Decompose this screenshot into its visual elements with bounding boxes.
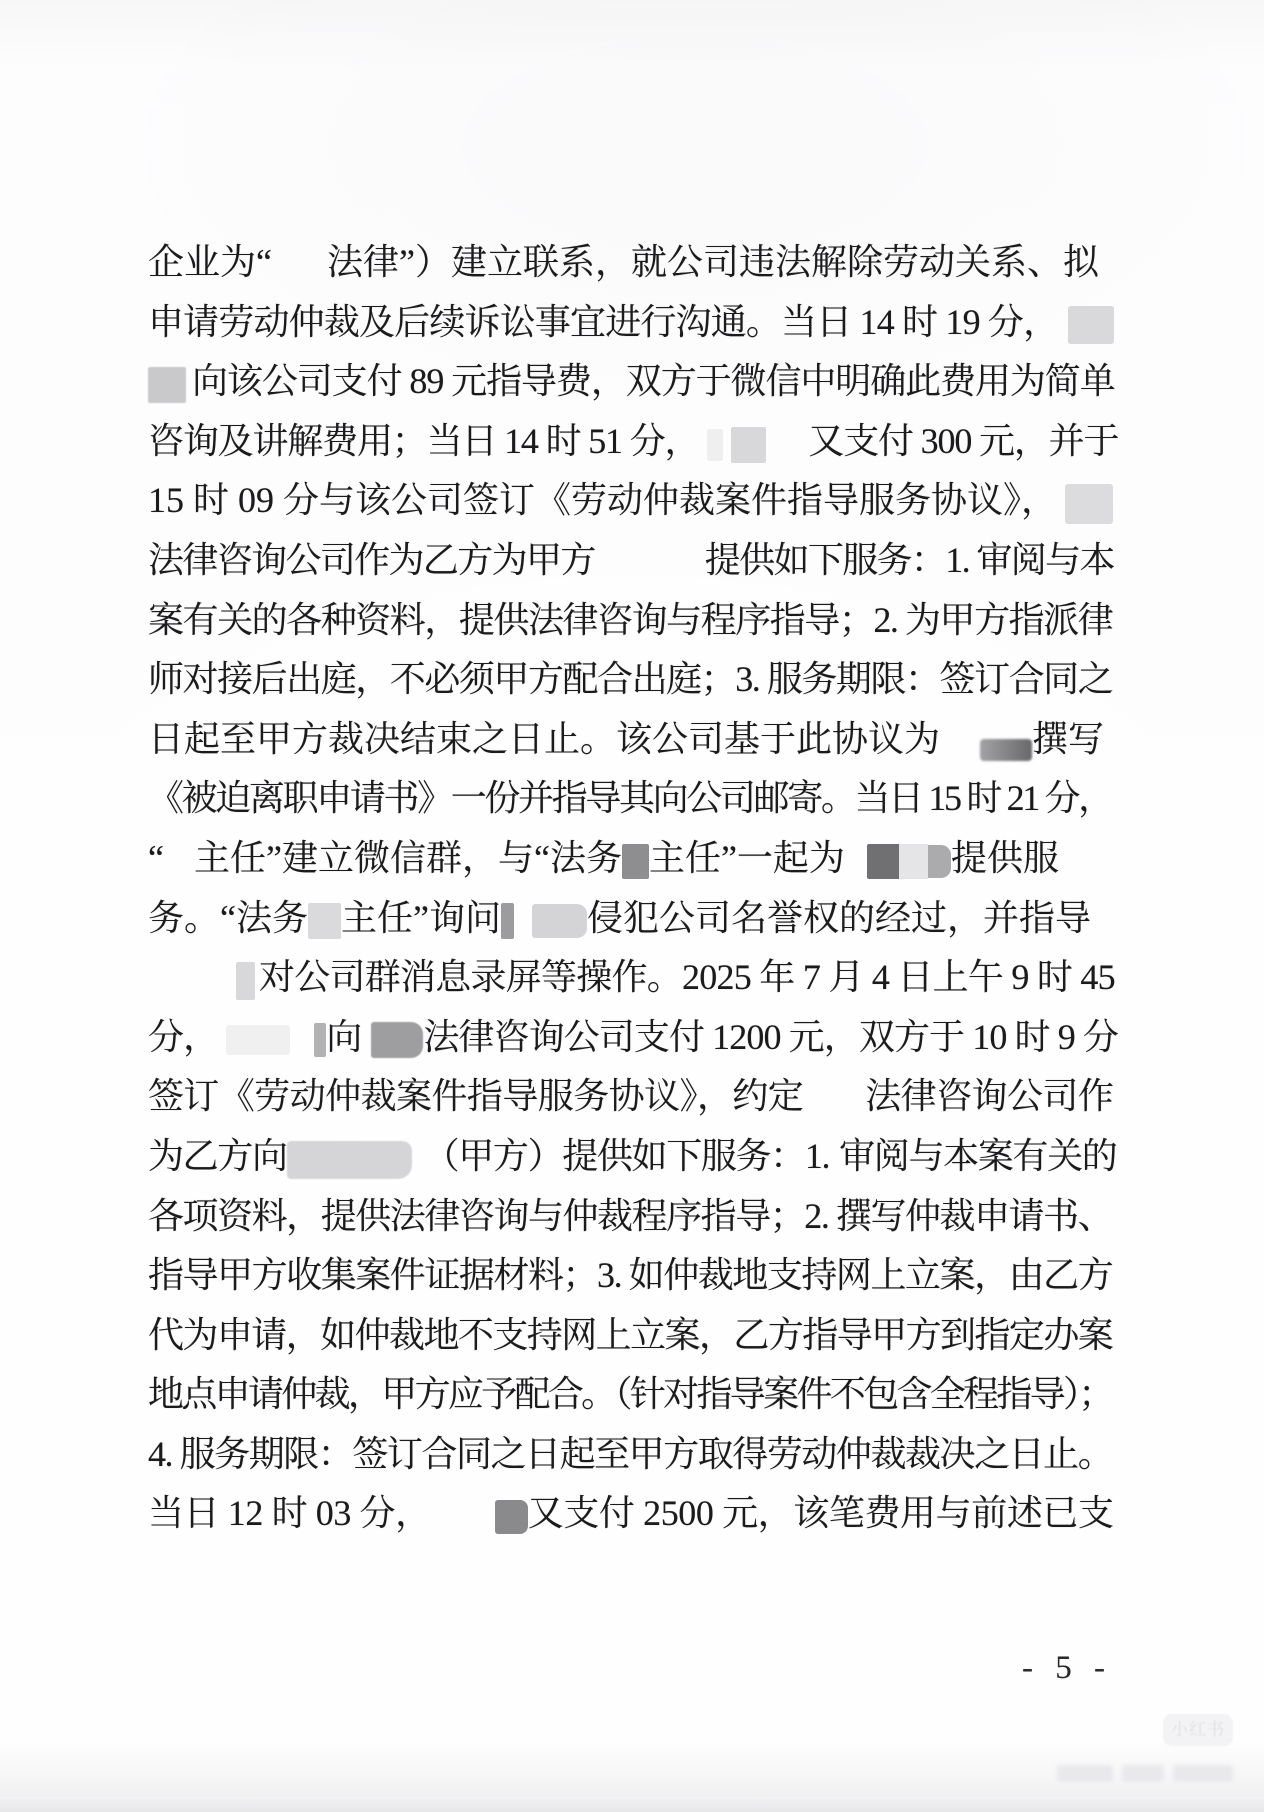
photo-bottom-edge [0, 1797, 1264, 1812]
redaction-block [707, 429, 723, 461]
text-run: 4. 服务期限：签订合同之日起至甲方取得劳动仲裁裁决之日止。 [148, 1434, 1112, 1474]
text-run: 法律咨询公司作 [865, 1076, 1113, 1116]
text-line: 分，向法律咨询公司支付 1200 元，双方于 10 时 9 分 [148, 1008, 1113, 1068]
text-run: 撰写 [1032, 719, 1104, 759]
text-run: 15 时 09 分与该公司签订《劳动仲裁案件指导服务协议》， [148, 480, 1057, 520]
text-line: 各项资料，提供法律咨询与仲裁程序指导；2. 撰写仲裁申请书、 [148, 1187, 1113, 1247]
redaction-block [899, 844, 928, 879]
text-line: 4. 服务期限：签订合同之日起至甲方取得劳动仲裁裁决之日止。 [148, 1425, 1113, 1485]
text-run: （甲方）提供如下服务：1. [424, 1136, 830, 1176]
watermark-blob [1057, 1765, 1113, 1782]
text-run: 法律咨询公司作为乙方为甲方 [148, 540, 595, 580]
redaction-block [287, 1141, 412, 1179]
redaction-block [731, 427, 766, 463]
text-run: 各项资料，提供法律咨询与仲裁程序指导；2. 撰写仲裁申请书、 [148, 1196, 1112, 1236]
redacted-blank [361, 1047, 371, 1049]
text-line: 师对接后出庭，不必须甲方配合出庭；3. 服务期限：签订合同之 [148, 650, 1113, 710]
redacted-blank [1058, 332, 1068, 334]
redacted-blank [845, 868, 867, 870]
text-line: 签订《劳动仲裁案件指导服务协议》，约定法律咨询公司作 [148, 1067, 1113, 1127]
text-run: 企业为“ [148, 242, 272, 282]
text-run: 审阅与本案有关的 [839, 1136, 1116, 1176]
redaction-block [148, 367, 186, 403]
text-run: 侵犯公司名誉权的经过，并指导 [587, 898, 1091, 938]
redacted-blank [290, 1047, 314, 1049]
text-line: 企业为“法律”）建立联系，就公司违法解除劳动关系、拟 [148, 233, 1113, 293]
text-run: 又支付 300 元，并于 [808, 421, 1118, 461]
text-line: 当日 12 时 03 分，又支付 2500 元，该笔费用与前述已支 [148, 1484, 1113, 1544]
text-line: 咨询及讲解费用；当日 14 时 51 分，又支付 300 元，并于 [148, 412, 1113, 472]
redaction-block [236, 962, 255, 1000]
text-line: 为乙方向（甲方）提供如下服务：1.审阅与本案有关的 [148, 1127, 1113, 1187]
text-run: 为乙方向 [148, 1136, 287, 1176]
text-run: 务。“法务 [148, 898, 308, 938]
redaction-block [980, 739, 1032, 761]
text-line: 务。“法务主任”询问侵犯公司名誉权的经过，并指导 [148, 889, 1113, 949]
redaction-block [928, 845, 951, 878]
text-run: 提供如下服务：1. 审阅与本 [705, 540, 1114, 580]
text-run: 师对接后出庭，不必须甲方配合出庭；3. 服务期限：签订合同之 [148, 659, 1112, 699]
redacted-blank [218, 1047, 226, 1049]
xiaohongshu-watermark-badge: 小红书 [1163, 1714, 1233, 1746]
text-run: 申请劳动仲裁及后续诉讼事宜进行沟通。当日 14 时 19 分， [148, 302, 1058, 342]
redaction-block [1068, 306, 1114, 344]
redacted-blank [431, 1523, 495, 1525]
redacted-blank [723, 451, 731, 453]
redaction-block [532, 904, 587, 938]
text-run: 主任”一起为 [649, 838, 845, 878]
watermark-blob [1122, 1765, 1164, 1782]
watermark-caption-blurred [1048, 1764, 1233, 1786]
text-run: 案有关的各种资料，提供法律咨询与程序指导；2. 为甲方指派律 [148, 600, 1112, 640]
redacted-blank [1057, 510, 1065, 512]
text-run: 主任”询问 [341, 898, 501, 938]
text-run: 提供服 [951, 838, 1059, 878]
text-run: 《被迫离职申请书》一份并指导其向公司邮寄。当日 15 时 21 分， [148, 778, 1112, 818]
page-number: - 5 - [1002, 1650, 1132, 1687]
text-run: 向 [326, 1017, 361, 1057]
text-line: “主任”建立微信群，与“法务主任”一起为提供服 [148, 829, 1113, 889]
redacted-blank [803, 1106, 865, 1108]
text-line: 对公司群消息录屏等操作。2025 年 7 月 4 日上午 9 时 45 [148, 948, 1113, 1008]
text-line: 地点申请仲裁，甲方应予配合。（针对指导案件不包含全程指导）； [148, 1365, 1113, 1425]
redacted-blank [699, 451, 707, 453]
text-run: 又支付 2500 元，该笔费用与前述已支 [528, 1493, 1114, 1533]
redacted-blank [148, 987, 236, 989]
text-run: 主任”建立微信群，与“法务 [194, 838, 622, 878]
redaction-block [371, 1022, 423, 1058]
redaction-block [495, 1500, 528, 1534]
text-line: 指导甲方收集案件证据材料；3. 如仲裁地支持网上立案，由乙方 [148, 1246, 1113, 1306]
text-run: 签订《劳动仲裁案件指导服务协议》，约定 [148, 1076, 803, 1116]
text-run: 咨询及讲解费用；当日 14 时 51 分， [148, 421, 699, 461]
redaction-block [226, 1025, 290, 1055]
redacted-blank [940, 749, 980, 751]
text-line: 申请劳动仲裁及后续诉讼事宜进行沟通。当日 14 时 19 分， [148, 293, 1113, 353]
redacted-blank [272, 272, 327, 274]
redacted-blank [412, 1166, 424, 1168]
text-run: 日起至甲方裁决结束之日止。该公司基于此协议为 [148, 719, 940, 759]
redacted-blank [766, 451, 808, 453]
scanned-legal-document-page: { "colors": { "ink": "#1b1b1d", "paper":… [0, 0, 1264, 1812]
text-run: 向该公司支付 89 元指导费，双方于微信中明确此费用为简单 [192, 361, 1115, 401]
redaction-block [501, 903, 514, 939]
text-line: 代为申请，如仲裁地不支持网上立案，乙方指导甲方到指定办案 [148, 1306, 1113, 1366]
text-run: 地点申请仲裁，甲方应予配合。（针对指导案件不包含全程指导）； [148, 1374, 1112, 1414]
text-line: 日起至甲方裁决结束之日止。该公司基于此协议为撰写 [148, 710, 1113, 770]
redaction-block [867, 844, 899, 879]
watermark-blob [1173, 1765, 1233, 1782]
text-run: 法律”）建立联系，就公司违法解除劳动关系、拟 [327, 242, 1099, 282]
text-line: 法律咨询公司作为乙方为甲方提供如下服务：1. 审阅与本 [148, 531, 1113, 591]
redaction-block [622, 844, 649, 879]
text-line: 《被迫离职申请书》一份并指导其向公司邮寄。当日 15 时 21 分， [148, 769, 1113, 829]
text-run: 当日 12 时 03 分， [148, 1493, 431, 1533]
redaction-block [314, 1023, 326, 1057]
text-run: 法律咨询公司支付 1200 元，双方于 10 时 9 分 [423, 1017, 1118, 1057]
redacted-blank [829, 1166, 839, 1168]
text-run: 代为申请，如仲裁地不支持网上立案，乙方指导甲方到指定办案 [148, 1315, 1112, 1355]
document-body: 企业为“法律”）建立联系，就公司违法解除劳动关系、拟申请劳动仲裁及后续诉讼事宜进… [148, 233, 1113, 1544]
redaction-block [1065, 484, 1113, 524]
text-run: 指导甲方收集案件证据材料；3. 如仲裁地支持网上立案，由乙方 [148, 1255, 1112, 1295]
text-run: “ [148, 838, 164, 878]
text-line: 15 时 09 分与该公司签订《劳动仲裁案件指导服务协议》， [148, 471, 1113, 531]
redacted-blank [164, 868, 194, 870]
redaction-block [308, 903, 341, 939]
text-run: 对公司群消息录屏等操作。2025 年 7 月 4 日上午 9 时 45 [259, 957, 1115, 997]
text-line: 案有关的各种资料，提供法律咨询与程序指导；2. 为甲方指派律 [148, 591, 1113, 651]
redacted-blank [595, 570, 705, 572]
text-line: 向该公司支付 89 元指导费，双方于微信中明确此费用为简单 [148, 352, 1113, 412]
text-run: 分， [148, 1017, 218, 1057]
redacted-blank [514, 928, 532, 930]
